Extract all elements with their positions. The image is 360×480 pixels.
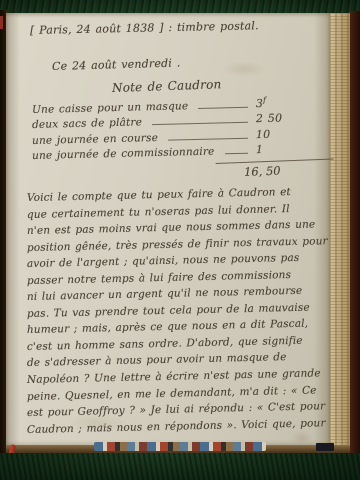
leader-line bbox=[198, 106, 248, 108]
leader-line bbox=[152, 122, 248, 125]
invoice-item-label: une journée de commissionnaire bbox=[32, 145, 215, 161]
manuscript-photo: [ Paris, 24 août 1838 ] : timbre postal.… bbox=[0, 0, 360, 480]
paper-stain bbox=[221, 61, 267, 77]
leader-line bbox=[168, 137, 248, 140]
leader-line bbox=[225, 153, 248, 155]
invoice-amount: 2 50 bbox=[256, 110, 298, 126]
invoice-total: 16, 50 bbox=[216, 158, 335, 180]
book-fore-edge-pages bbox=[329, 13, 350, 449]
background-cloth-bottom bbox=[0, 453, 360, 480]
invoice-list: Une caisse pour un masque 3f deux sacs d… bbox=[32, 101, 298, 163]
letter-body: Voici le compte que tu peux faire à Caud… bbox=[27, 192, 331, 440]
note-title: Note de Caudron bbox=[112, 77, 222, 95]
dark-edge-mark bbox=[316, 443, 334, 451]
letter-page: [ Paris, 24 août 1838 ] : timbre postal.… bbox=[6, 13, 330, 447]
red-thread-top bbox=[0, 16, 3, 29]
book-cover-right-edge bbox=[349, 11, 360, 457]
background-cloth-top bbox=[0, 0, 360, 14]
marbled-page-edge bbox=[94, 442, 266, 451]
postmark-annotation: [ Paris, 24 août 1838 ] : timbre postal. bbox=[30, 19, 259, 37]
invoice-amount: 1 bbox=[256, 141, 298, 157]
date-line: Ce 24 août vendredi . bbox=[52, 56, 181, 73]
invoice-amount: 3f bbox=[256, 95, 298, 111]
invoice-amount: 10 bbox=[256, 125, 298, 141]
